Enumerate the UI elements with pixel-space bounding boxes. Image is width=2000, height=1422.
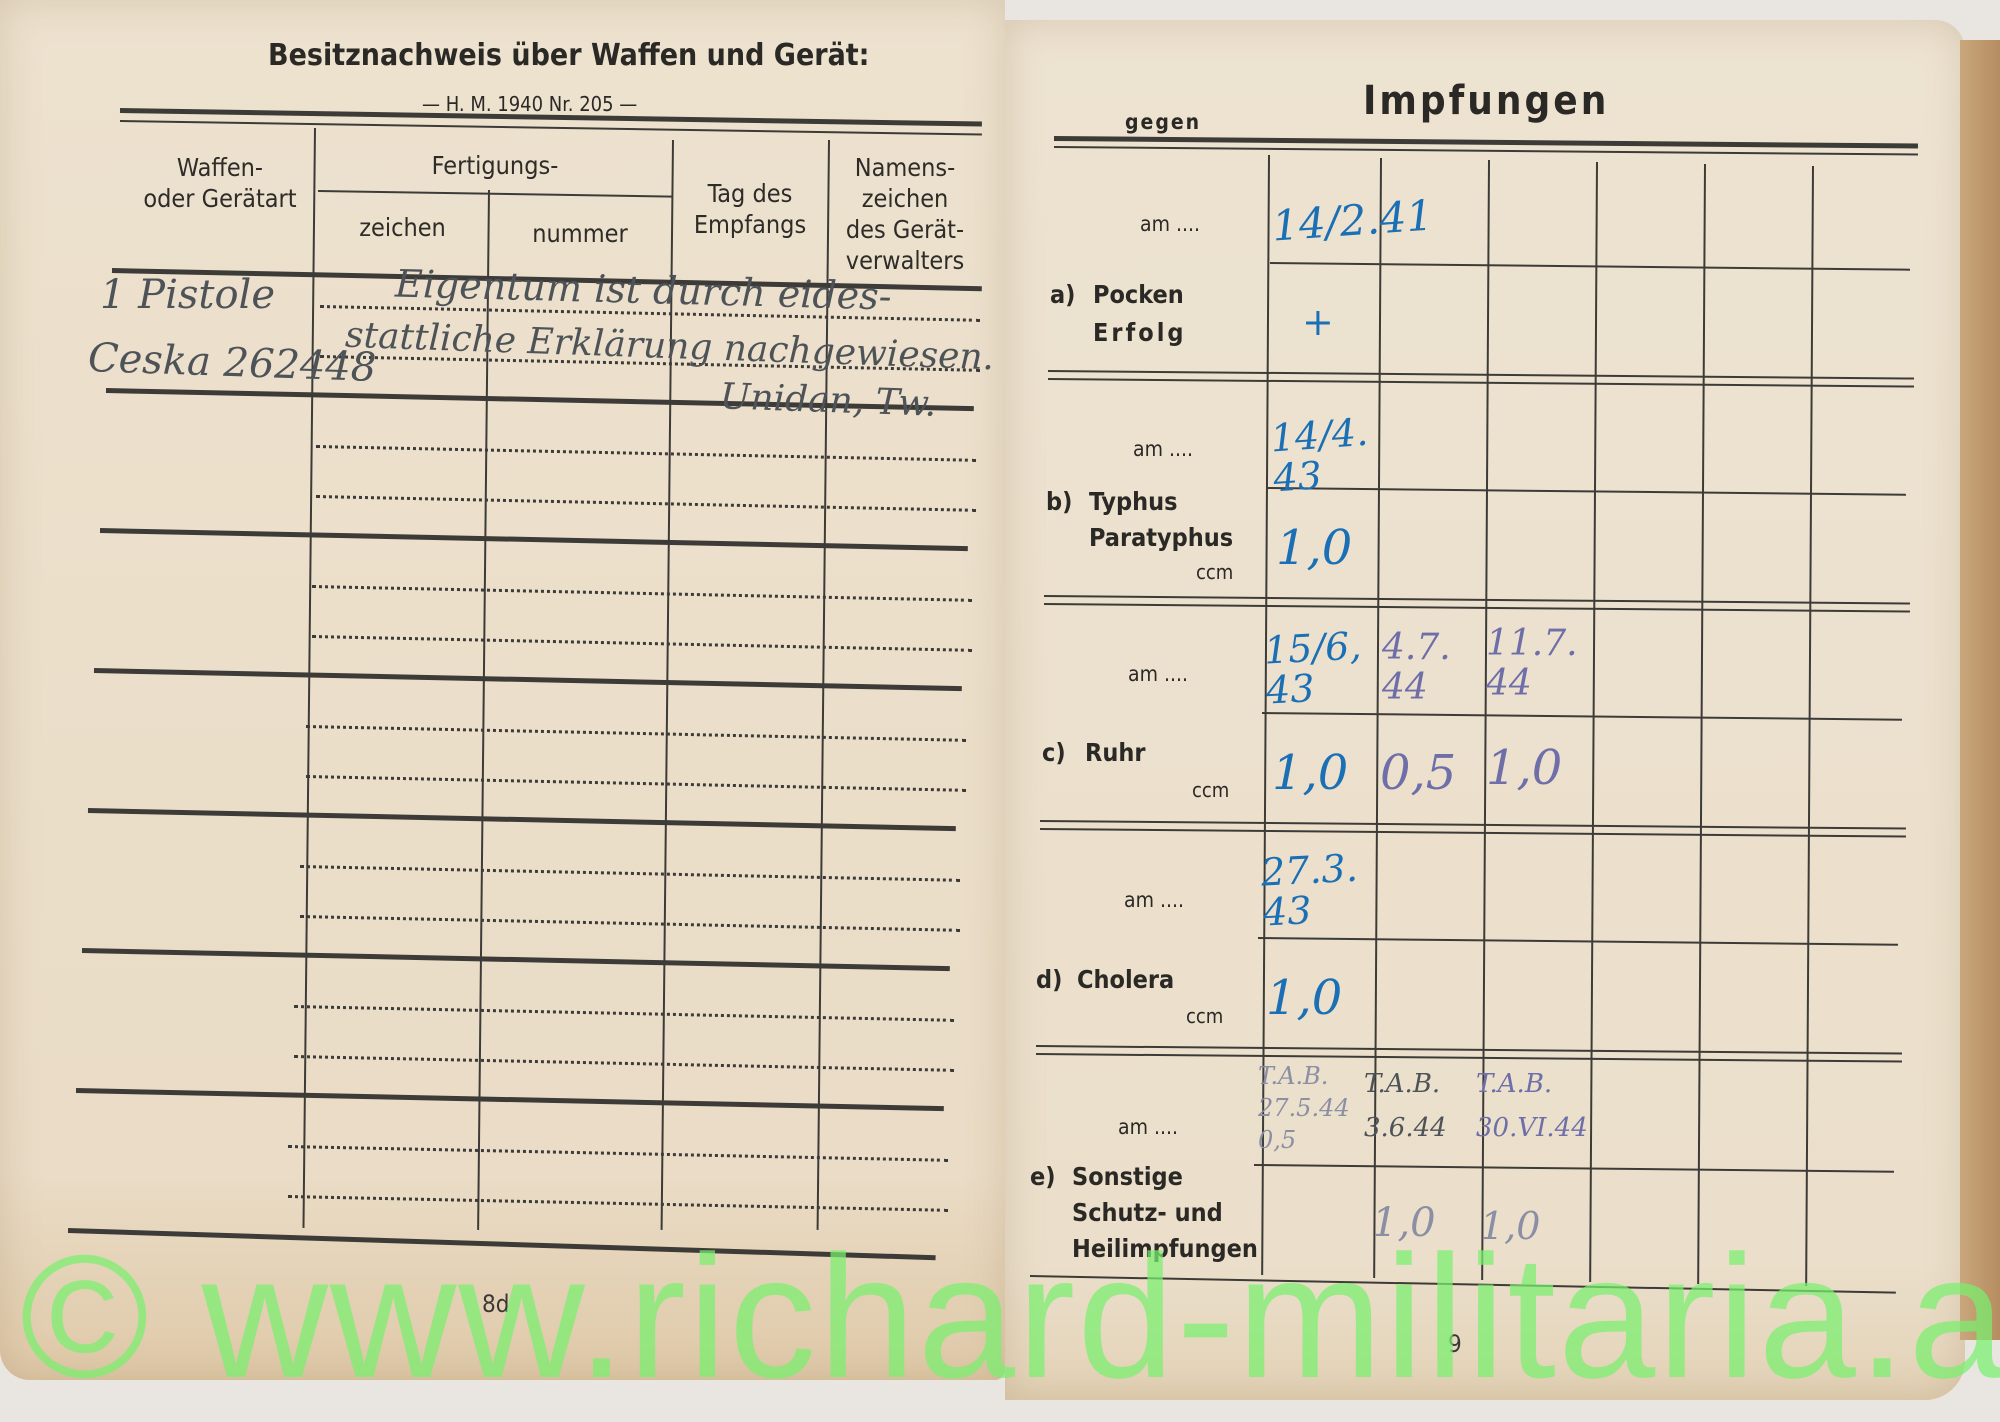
section-e-letter: e)	[1030, 1162, 1056, 1191]
book-cover-edge	[1960, 40, 2000, 1340]
am-label: am ....	[1124, 888, 1184, 912]
section-c-date-3: 11.7. 44	[1486, 624, 1581, 704]
section-c-value-1: 1,0	[1272, 745, 1348, 801]
section-e-date-3: T.A.B. 30.VI.44	[1476, 1062, 1576, 1150]
ccm-label: ccm	[1192, 778, 1229, 802]
section-e-name: Sonstige	[1072, 1162, 1183, 1191]
section-c-letter: c)	[1042, 738, 1066, 767]
section-a-letter: a)	[1050, 280, 1075, 309]
section-c-date-2: 4.7. 44	[1382, 628, 1477, 708]
left-page-title: Besitznachweis über Waffen und Gerät:	[268, 38, 869, 73]
section-d-name: Cholera	[1077, 965, 1174, 994]
am-label: am ....	[1133, 437, 1193, 461]
entry-signature: Unidan, Tw.	[719, 376, 937, 425]
section-a-subname: Erfolg	[1093, 318, 1187, 347]
section-a-value-1: +	[1302, 300, 1334, 344]
section-b-value-1: 1,0	[1276, 520, 1352, 576]
section-b-subname: Paratyphus	[1089, 523, 1233, 552]
ccm-label: ccm	[1196, 560, 1233, 584]
col-header-signature: Namens- zeichen des Gerät- verwalters	[830, 152, 980, 276]
right-page-title: Impfungen	[1363, 78, 1609, 124]
am-label: am ....	[1140, 212, 1200, 236]
section-a-name: Pocken	[1093, 280, 1184, 309]
entry-item-line1: 1 Pistole	[100, 272, 275, 318]
section-c-value-3: 1,0	[1486, 740, 1562, 796]
section-d-letter: d)	[1036, 965, 1062, 994]
section-b-letter: b)	[1046, 487, 1072, 516]
section-d-date-1: 27.3. 43	[1260, 847, 1364, 932]
section-d-value-1: 1,0	[1266, 970, 1342, 1026]
gegen-label: gegen	[1125, 110, 1201, 134]
section-b-date-1: 14/4. 43	[1269, 412, 1374, 499]
col-header-date: Tag des Empfangs	[675, 178, 825, 240]
section-c-date-1: 15/6, 43	[1263, 625, 1367, 710]
section-e-date-1: T.A.B. 27.5.44 0,5	[1258, 1060, 1353, 1156]
section-b-name: Typhus	[1089, 487, 1178, 516]
col-header-zeichen: zeichen	[320, 212, 485, 243]
col-header-nummer: nummer	[490, 218, 670, 249]
am-label: am ....	[1128, 662, 1188, 686]
watermark: © www.richard-militaria.at	[20, 1230, 2000, 1405]
ccm-label: ccm	[1186, 1004, 1223, 1028]
col-header-fertigung: Fertigungs-	[320, 150, 670, 181]
section-c-value-2: 0,5	[1380, 745, 1456, 801]
col-header-type: Waffen- oder Gerätart	[125, 152, 315, 214]
am-label: am ....	[1118, 1115, 1178, 1139]
section-e-date-2: T.A.B. 3.6.44	[1364, 1062, 1464, 1150]
section-c-name: Ruhr	[1085, 738, 1145, 767]
